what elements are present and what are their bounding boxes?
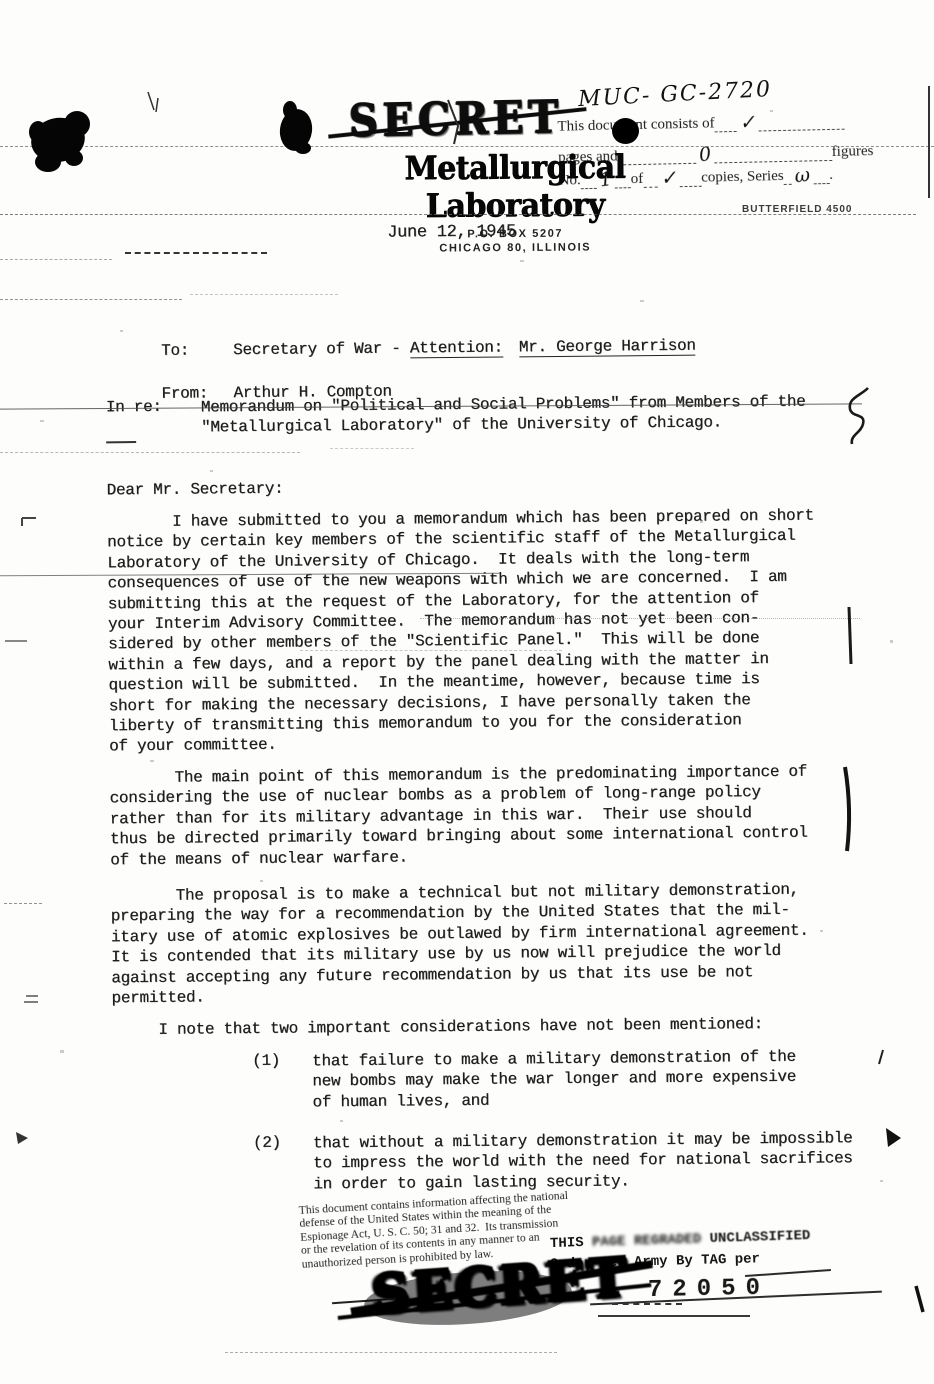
typed-content: June 12, 1945 To:Secretary of War - Atte… bbox=[0, 0, 934, 1384]
to-value: Secretary of War - bbox=[233, 339, 410, 359]
paragraph-3: The proposal is to make a technical but … bbox=[110, 880, 809, 1009]
paragraph-1: I have submitted to you a memorandum whi… bbox=[107, 506, 816, 758]
attention-name: Mr. George Harrison bbox=[519, 337, 696, 358]
in-re-label: In re: bbox=[106, 397, 201, 439]
in-re-subject: Memorandum on "Political and Social Prob… bbox=[201, 392, 806, 439]
paragraph-2: The main point of this memorandum is the… bbox=[109, 762, 808, 871]
considerations-intro: I note that two important considerations… bbox=[112, 1015, 763, 1039]
to-label: To: bbox=[161, 341, 233, 360]
attention-label: Attention: bbox=[410, 339, 503, 359]
date-line: June 12, 1945 bbox=[387, 222, 516, 242]
salutation: Dear Mr. Secretary: bbox=[107, 480, 284, 500]
list-item-2-marker: (2) bbox=[253, 1134, 281, 1152]
list-item-1: that failure to make a military demonstr… bbox=[312, 1047, 796, 1113]
in-re-line: In re: Memorandum on "Political and Soci… bbox=[106, 392, 806, 440]
list-item-1-marker: (1) bbox=[252, 1052, 280, 1070]
stamp-serial-number: 72050 bbox=[648, 1275, 770, 1304]
list-item-2: that without a military demonstration it… bbox=[313, 1128, 853, 1194]
scanned-memo-page: SECRET MUC- GC-2720 This document consis… bbox=[0, 0, 934, 1384]
